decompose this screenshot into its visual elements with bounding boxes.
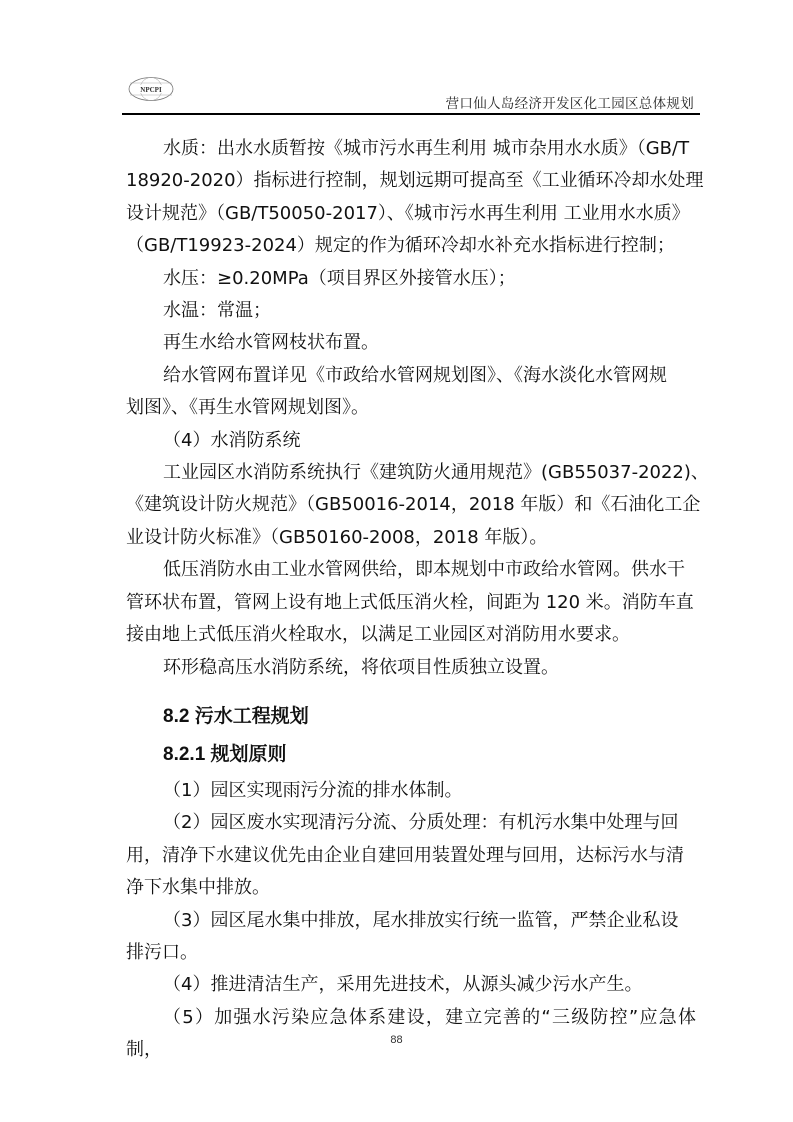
page-header: NPCPI 营口仙人岛经济开发区化工园区总体规划 (122, 74, 700, 115)
pipe-network-reference-paragraph: 给水管网布置详见《市政给水管网规划图》、《海水淡化水管网规 划图》、《再生水管网… (126, 360, 696, 425)
section-heading-8-2: 8.2 污水工程规划 (126, 698, 696, 735)
water-pressure-line: 水压：≥0.20MPa（项目界区外接管水压）； (126, 263, 696, 295)
globe-logo-icon: NPCPI (126, 76, 176, 102)
npcpi-logo: NPCPI (126, 76, 176, 102)
low-pressure-fire-paragraph: 低压消防水由工业水管网供给，即本规划中市政给水管网。供水干 管环状布置，管网上设… (126, 554, 696, 651)
document-title: 营口仙人岛经济开发区化工园区总体规划 (446, 92, 694, 112)
principle-3: （3）园区尾水集中排放，尾水排放实行统一监管，严禁企业私设 排污口。 (126, 905, 696, 970)
principle-1: （1）园区实现雨污分流的排水体制。 (126, 775, 696, 807)
section-heading-8-2-1: 8.2.1 规划原则 (126, 735, 696, 775)
reclaimed-water-layout-line: 再生水给水管网枝状布置。 (126, 327, 696, 359)
fire-standards-paragraph: 工业园区水消防系统执行《建筑防火通用规范》(GB55037-2022)、 《建筑… (126, 457, 696, 554)
page-body: 水质：出水水质暂按《城市污水再生利用 城市杂用水水质》（GB/T 18920-2… (126, 133, 696, 1067)
high-pressure-fire-line: 环形稳高压水消防系统，将依项目性质独立设置。 (126, 652, 696, 684)
principle-4: （4）推进清洁生产，采用先进技术，从源头减少污水产生。 (126, 969, 696, 1001)
svg-text:NPCPI: NPCPI (140, 86, 162, 94)
water-temperature-line: 水温：常温； (126, 295, 696, 327)
fire-system-subheading: （4）水消防系统 (126, 425, 696, 457)
water-quality-paragraph: 水质：出水水质暂按《城市污水再生利用 城市杂用水水质》（GB/T 18920-2… (126, 133, 696, 263)
principle-2: （2）园区废水实现清污分流、分质处理：有机污水集中处理与回 用，清净下水建议优先… (126, 807, 696, 904)
header-divider (122, 113, 700, 115)
page-number: 88 (0, 1034, 793, 1046)
